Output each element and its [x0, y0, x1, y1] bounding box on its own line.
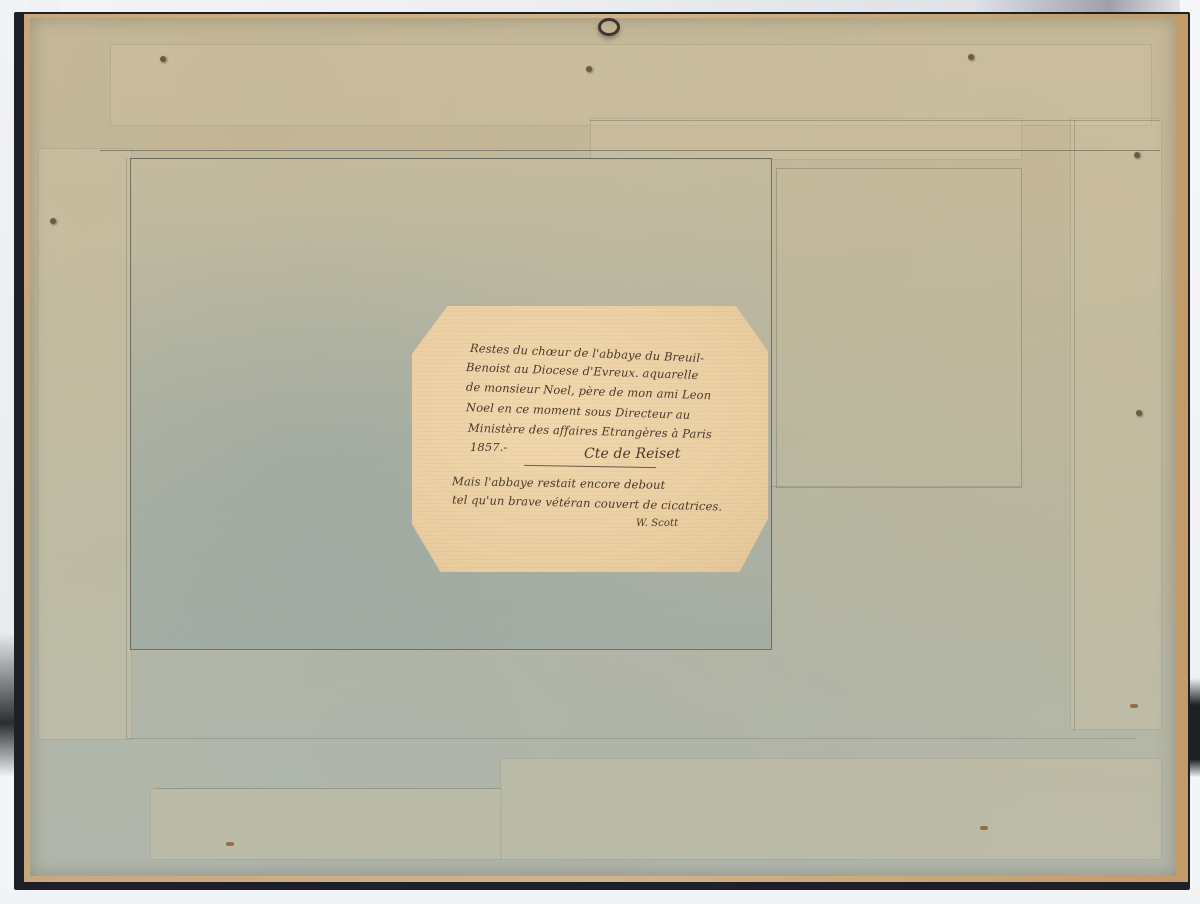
provenance-label: Restes du chœur de l'abbaye du Breuil- B… — [412, 306, 768, 572]
tack — [1136, 410, 1142, 416]
tack — [586, 66, 592, 72]
pencil-rule-top — [100, 150, 1160, 151]
paper-strip-top-right — [590, 118, 1022, 160]
pencil-rule-bottom — [126, 738, 1136, 739]
label-line-date: 1857.- — [470, 440, 507, 454]
pencil-rule-bottom-left — [156, 788, 501, 789]
paper-strip-bottom-left — [150, 788, 502, 860]
hanging-ring — [598, 18, 620, 36]
tack — [50, 218, 56, 224]
paper-strip-left — [38, 148, 132, 740]
quote-author: W. Scott — [636, 518, 678, 529]
pencil-rule-left — [126, 158, 127, 738]
label-signature: Cte de Reiset — [584, 446, 680, 462]
tack — [1134, 152, 1140, 158]
tack — [160, 56, 166, 62]
paper-strip-top — [110, 44, 1152, 126]
tack — [968, 54, 974, 60]
paper-strip-right — [1070, 118, 1162, 730]
pencil-rule-right — [1074, 120, 1075, 730]
rust-spot — [980, 826, 988, 830]
rust-spot — [1130, 704, 1138, 708]
background-bottom — [0, 888, 1200, 904]
paper-strip-bottom-right — [500, 758, 1162, 860]
right-paper-patch — [776, 168, 1022, 488]
rust-spot — [226, 842, 234, 846]
